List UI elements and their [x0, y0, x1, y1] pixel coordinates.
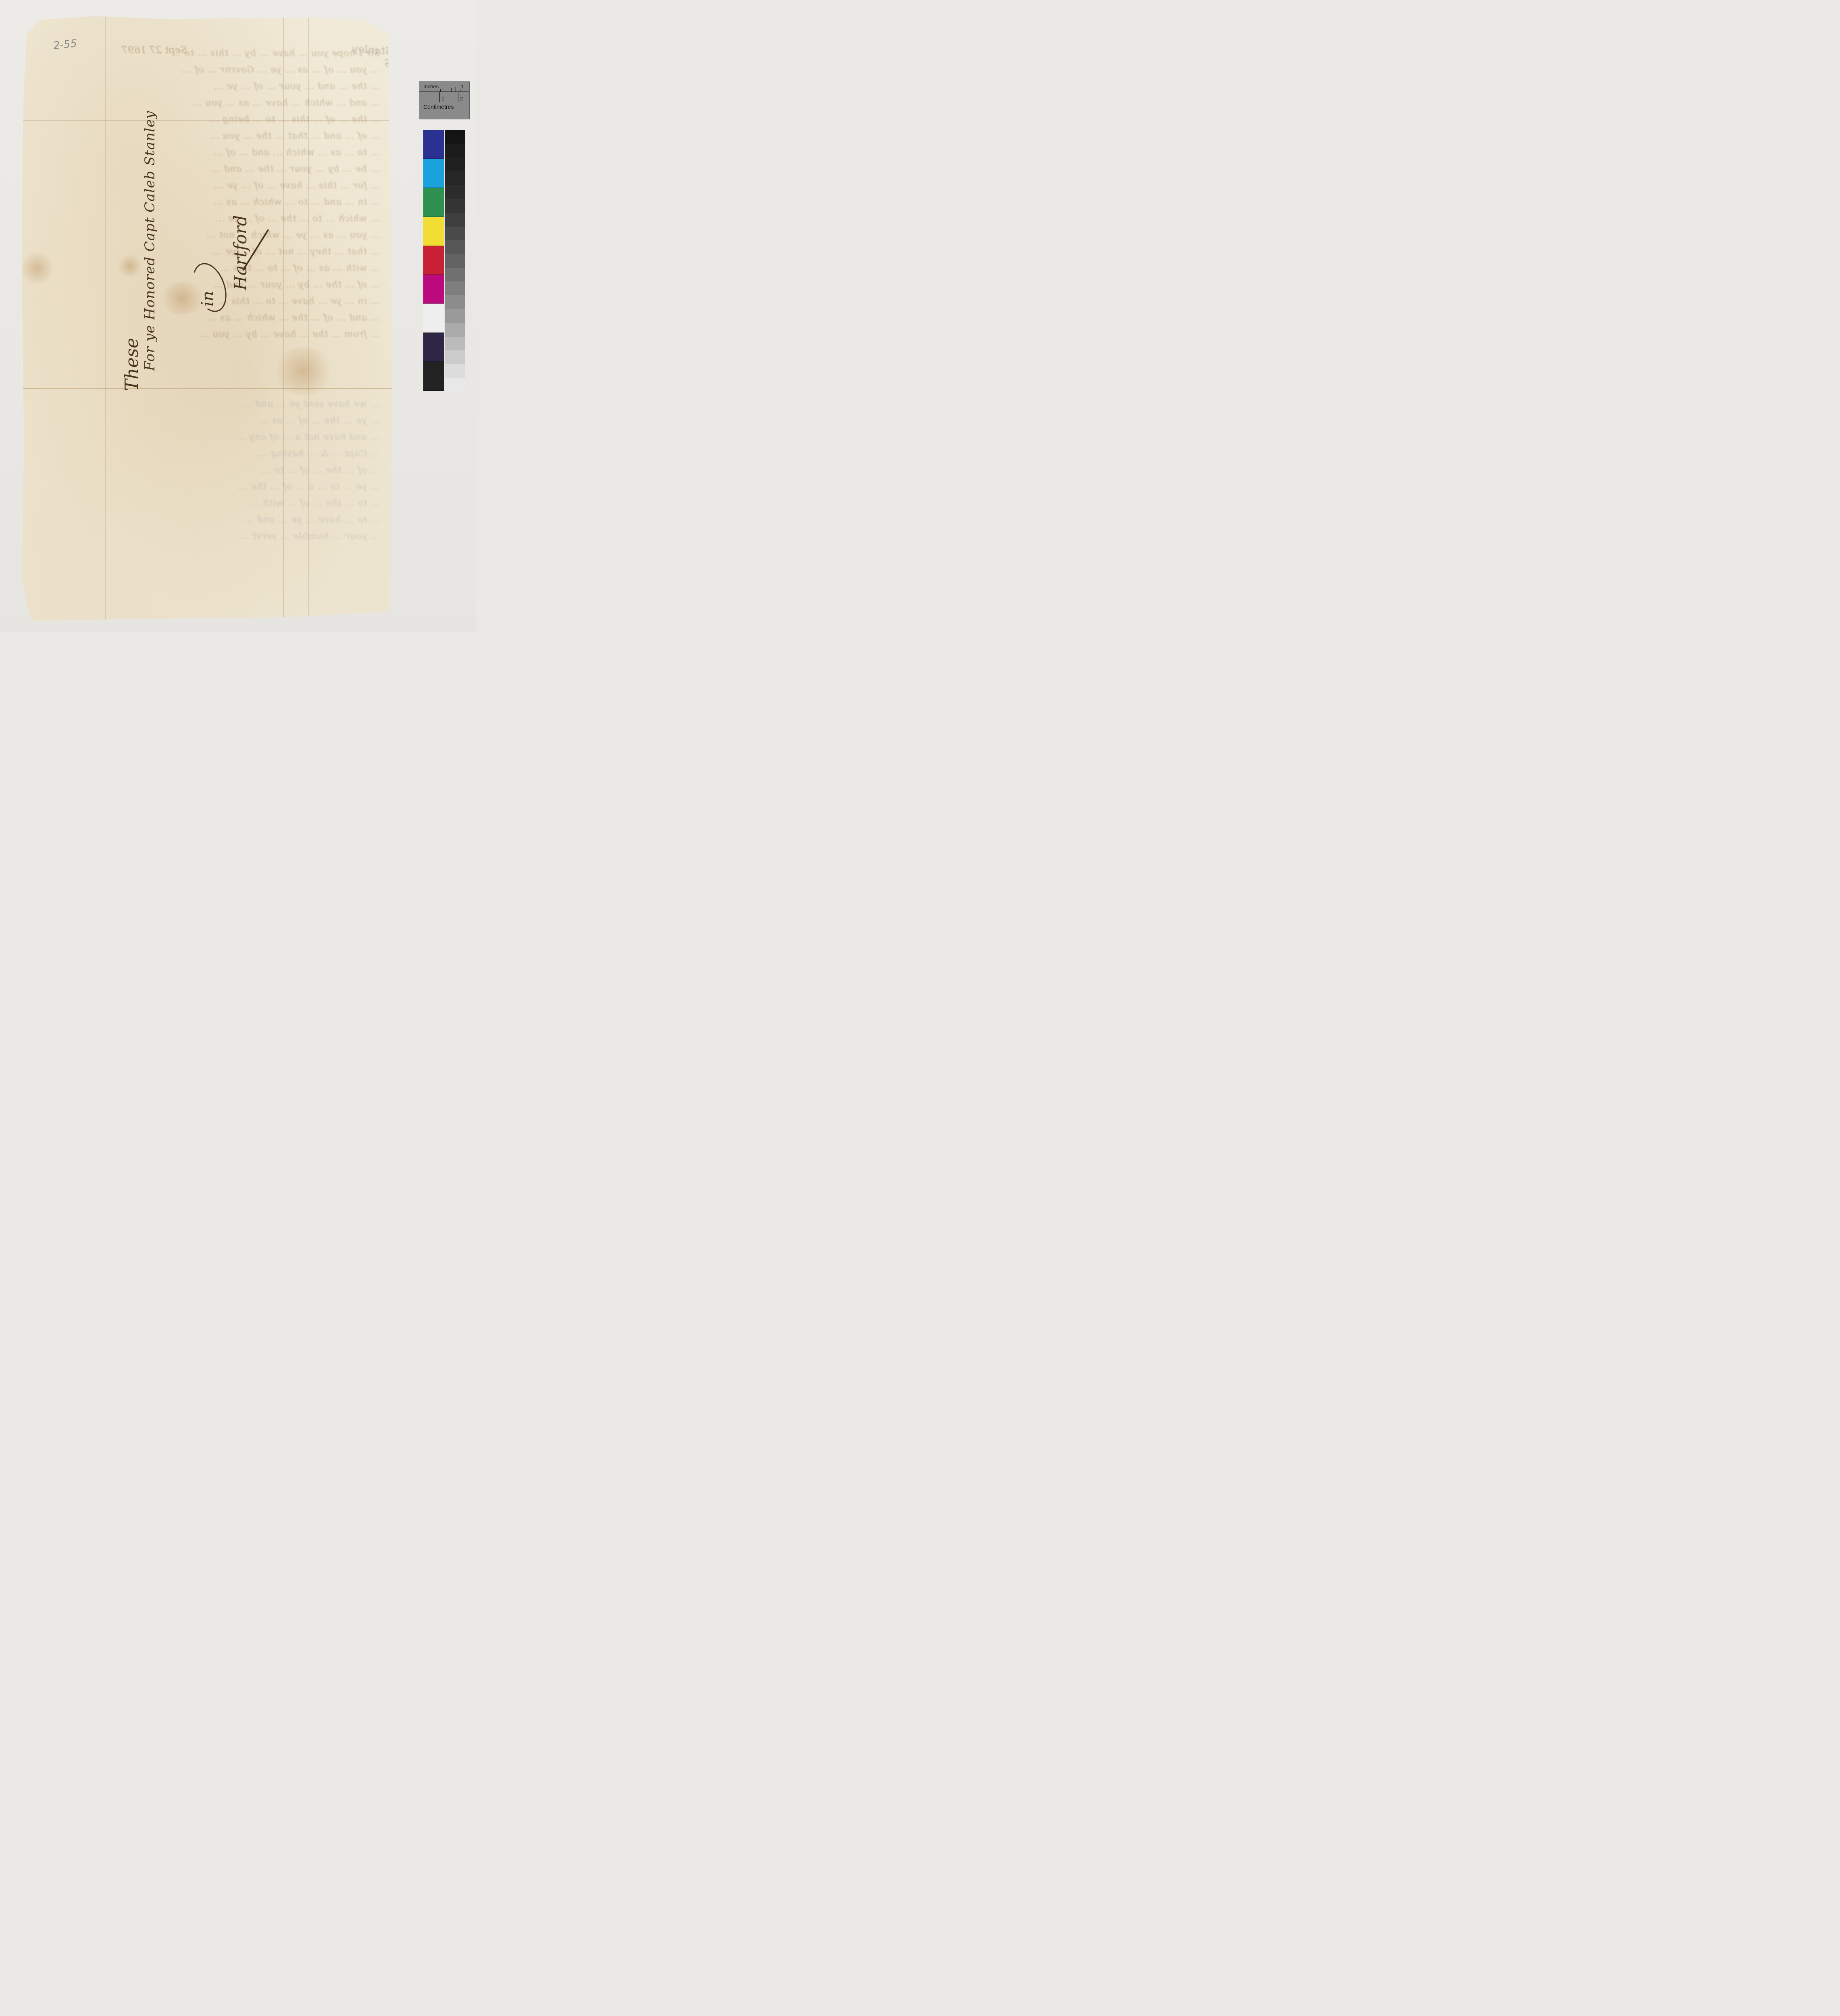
- color-calibration-strip: [423, 130, 444, 391]
- bleed-line: ... for ... this ... have ... of ... ye …: [33, 181, 380, 196]
- bleed-through-text-lower: ... we have sent ye ... and ... ... ye .…: [33, 399, 380, 548]
- gray-step-9: [445, 254, 465, 268]
- gray-step-4: [445, 185, 465, 199]
- bleed-line: ... the ... of ... this ... to ... being…: [33, 115, 380, 130]
- inch-mark: 1: [461, 83, 464, 90]
- gray-step-5: [445, 199, 465, 213]
- gray-step-2: [445, 158, 465, 171]
- scale-tick: [456, 87, 456, 92]
- address-these: These: [122, 338, 142, 391]
- gray-step-16: [445, 350, 465, 364]
- gray-step-18: [445, 378, 465, 392]
- gray-step-1: [445, 144, 465, 158]
- gray-step-7: [445, 227, 465, 240]
- gray-step-13: [445, 309, 465, 323]
- bleed-line: ... and have not a ... of any ...: [33, 432, 380, 448]
- stain-mark: [271, 347, 335, 395]
- bleed-line: ... and ... which ... have ... as ... yo…: [33, 98, 380, 113]
- address-in: in: [198, 291, 217, 306]
- scale-tick: [458, 92, 458, 102]
- scale-tick: [447, 85, 447, 92]
- cm-mark: 2: [460, 96, 463, 102]
- bleed-line: ... to ... the ... of ... with ...: [33, 498, 380, 514]
- gray-step-0: [445, 130, 465, 144]
- color-patch-white: [423, 304, 444, 333]
- bleed-line: ... you ... of ... as ... ye ... Govrnr …: [33, 65, 380, 80]
- bleed-line: ... be ... by ... your ... the ... and .…: [33, 164, 380, 179]
- bleed-line: ... Capt ... & ... having ...: [33, 449, 380, 464]
- color-patch-green: [423, 188, 444, 217]
- scale-tick: [440, 89, 441, 92]
- bleed-line: ... of ... the ... of ... to ...: [33, 465, 380, 481]
- gray-step-12: [445, 295, 465, 309]
- scale-tick: [443, 87, 443, 92]
- manuscript-sheet: 2-55 Sept 27 1697 Stanley S Sir I hope y…: [21, 16, 392, 621]
- gray-step-17: [445, 364, 465, 378]
- measurement-scale: Inches 1 1 2 Centimetres: [419, 81, 470, 119]
- gray-step-15: [445, 337, 465, 350]
- bleed-line: ... ye ... the ... of ... as ...: [33, 416, 380, 431]
- bleed-line: ... and ... of ... the ... which ... as …: [33, 313, 380, 328]
- scale-tick: [460, 89, 460, 92]
- fold-line: [21, 388, 392, 389]
- bleed-line: Sir I hope you ... have ... by ... this …: [33, 48, 380, 64]
- color-patch-magenta: [423, 275, 444, 304]
- scale-tick: [439, 92, 440, 102]
- bleed-line: ... of ... and ... that ... the ... you …: [33, 131, 380, 146]
- bleed-line: ... which ... to ... the ... of ... ye .…: [33, 214, 380, 229]
- scale-tick: [465, 84, 465, 92]
- bleed-line: ... ye ... to ... a ... of ... the ...: [33, 482, 380, 497]
- gray-step-3: [445, 171, 465, 185]
- color-patch-cyan: [423, 159, 444, 188]
- address-recipient: For ye Honored Capt Caleb Stanley: [142, 110, 158, 371]
- color-patch-black: [423, 362, 444, 391]
- gray-step-6: [445, 213, 465, 227]
- scale-tick: [451, 88, 452, 92]
- grayscale-calibration-strip: [445, 130, 465, 392]
- bleed-line: ... from ... the ... have ... by ... you…: [33, 329, 380, 345]
- bleed-line: ... to ... as ... which ... and ... of .…: [33, 148, 380, 163]
- bleed-line: ... the ... and ... your ... of ... ye .…: [33, 81, 380, 97]
- bleed-line: ... we have sent ye ... and ...: [33, 399, 380, 414]
- gray-step-11: [445, 281, 465, 295]
- bleed-line: ... your ... humble ... servt ...: [33, 531, 380, 547]
- cm-mark: 1: [441, 96, 444, 102]
- bleed-line: ... to ... have ... ye ... and ...: [33, 515, 380, 530]
- bleed-line: ... in ... and ... to ... which ... as .…: [33, 197, 380, 212]
- gray-step-8: [445, 240, 465, 254]
- color-patch-three-color-black: [423, 333, 444, 362]
- color-patch-yellow: [423, 217, 444, 246]
- gray-step-10: [445, 268, 465, 281]
- bleed-line: ... that ... they ... not ... of ... ye …: [33, 247, 380, 262]
- address-town: Hartford: [231, 215, 250, 290]
- bleed-line: ... you ... as ... ye ... which ... not …: [33, 230, 380, 246]
- centimetres-label: Centimetres: [423, 104, 454, 110]
- color-patch-red: [423, 246, 444, 275]
- gray-step-14: [445, 323, 465, 337]
- color-patch-blue: [423, 130, 444, 159]
- scale-rule: [419, 92, 469, 92]
- inches-label: Inches: [423, 83, 439, 90]
